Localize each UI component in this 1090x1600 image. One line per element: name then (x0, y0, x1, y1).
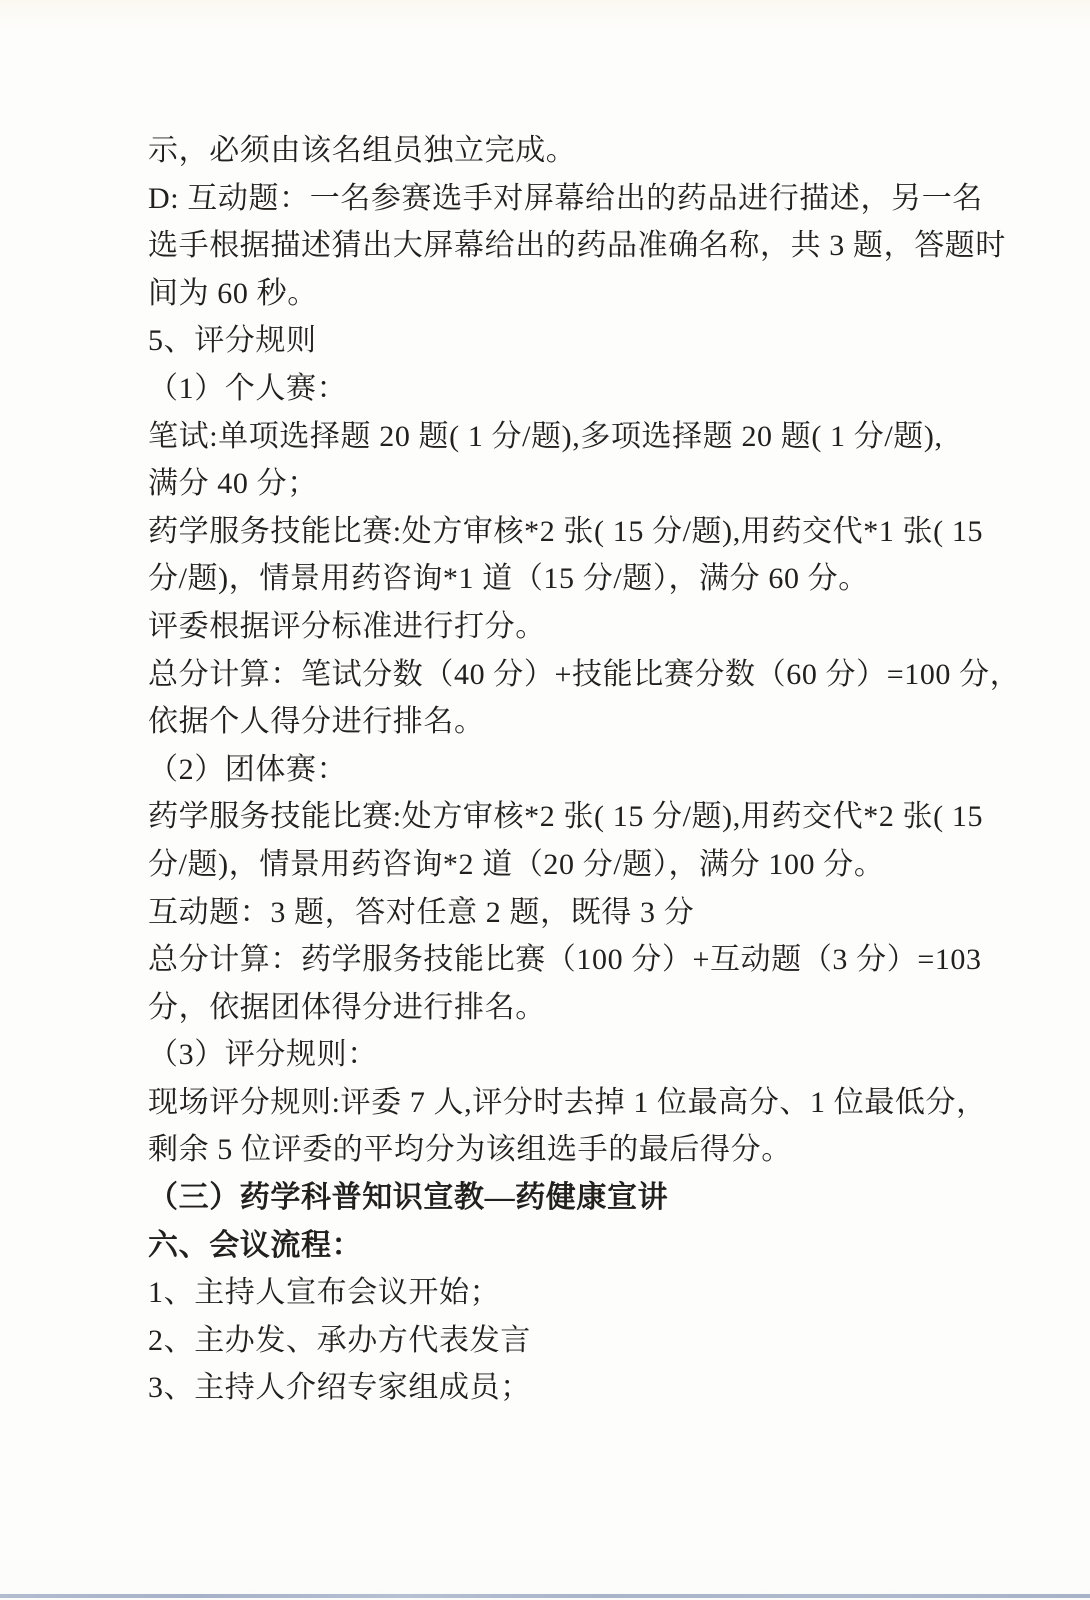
doc-line: 笔试:单项选择题 20 题( 1 分/题),多项选择题 20 题( 1 分/题)… (148, 413, 960, 461)
doc-line-subsection-1: （1）个人赛： (148, 365, 960, 413)
doc-line-agenda-1: 1、主持人宣布会议开始； (148, 1269, 960, 1317)
doc-line-subsection-2: （2）团体赛： (148, 746, 960, 794)
doc-heading-section-three: （三）药学科普知识宣教—药健康宣讲 (148, 1174, 960, 1222)
doc-line: 药学服务技能比赛:处方审核*2 张( 15 分/题),用药交代*1 张( 15 (148, 508, 960, 556)
doc-line: 间为 60 秒。 (148, 270, 960, 318)
doc-line: D: 互动题：一名参赛选手对屏幕给出的药品进行描述，另一名 (148, 175, 960, 223)
doc-line: 现场评分规则:评委 7 人,评分时去掉 1 位最高分、1 位最低分， (148, 1079, 960, 1127)
doc-line: 依据个人得分进行排名。 (148, 698, 960, 746)
doc-line-agenda-3: 3、主持人介绍专家组成员； (148, 1364, 960, 1412)
doc-line: 分，依据团体得分进行排名。 (148, 984, 960, 1032)
page-bottom-edge-line (0, 1594, 1090, 1598)
doc-line: 剩余 5 位评委的平均分为该组选手的最后得分。 (148, 1126, 960, 1174)
doc-line-agenda-2: 2、主办发、承办方代表发言 (148, 1317, 960, 1365)
doc-line: 药学服务技能比赛:处方审核*2 张( 15 分/题),用药交代*2 张( 15 (148, 793, 960, 841)
doc-line: 分/题)，情景用药咨询*2 道（20 分/题），满分 100 分。 (148, 841, 960, 889)
doc-line: 互动题：3 题，答对任意 2 题，既得 3 分 (148, 889, 960, 937)
doc-line: 总分计算：笔试分数（40 分）+技能比赛分数（60 分）=100 分， (148, 651, 960, 699)
doc-line: 满分 40 分； (148, 460, 960, 508)
doc-line-subsection-3: （3）评分规则： (148, 1031, 960, 1079)
doc-line-section-5: 5、评分规则 (148, 317, 960, 365)
doc-line: 评委根据评分标准进行打分。 (148, 603, 960, 651)
doc-line: 总分计算：药学服务技能比赛（100 分）+互动题（3 分）=103 (148, 936, 960, 984)
doc-line: 示，必须由该名组员独立完成。 (148, 127, 960, 175)
document-body: 示，必须由该名组员独立完成。 D: 互动题：一名参赛选手对屏幕给出的药品进行描述… (148, 127, 960, 1412)
doc-line: 分/题)，情景用药咨询*1 道（15 分/题），满分 60 分。 (148, 555, 960, 603)
doc-line: 选手根据描述猜出大屏幕给出的药品准确名称，共 3 题，答题时 (148, 222, 960, 270)
scanned-document-page: 示，必须由该名组员独立完成。 D: 互动题：一名参赛选手对屏幕给出的药品进行描述… (0, 0, 1090, 1600)
doc-heading-section-six: 六、会议流程： (148, 1222, 960, 1270)
